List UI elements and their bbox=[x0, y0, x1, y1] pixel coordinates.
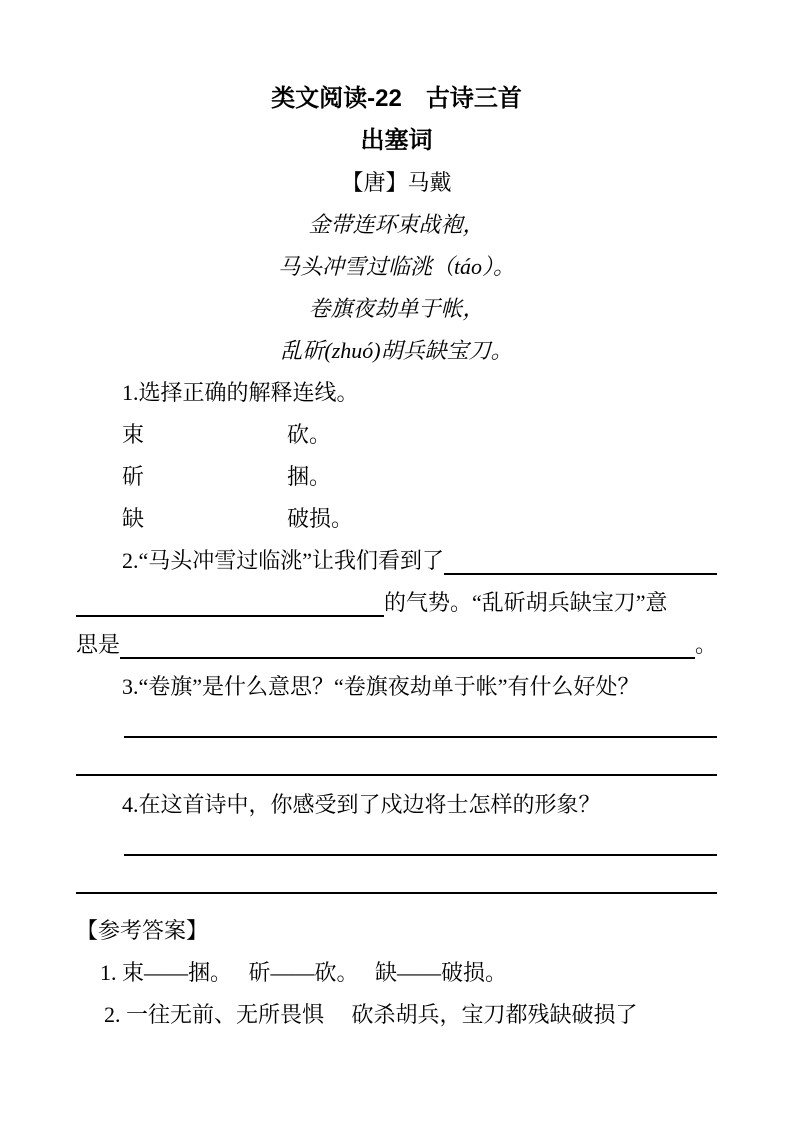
answer-line-row bbox=[76, 864, 717, 902]
answer-line-row bbox=[76, 708, 717, 746]
poem-line-1: 金带连环束战袍， bbox=[76, 204, 717, 246]
question-1-label: 1.选择正确的解释连线。 bbox=[76, 372, 717, 414]
answer-line-row bbox=[76, 826, 717, 864]
answer-writing-line bbox=[124, 708, 717, 738]
match-left-term: 束 bbox=[122, 414, 287, 456]
question-3-label: 3.“卷旗”是什么意思？“卷旗夜劫单于帐”有什么好处？ bbox=[76, 666, 717, 708]
question-2-text-part-2: 的气势。“乱斫胡兵缺宝刀”意 bbox=[384, 582, 668, 624]
match-pair-row: 斫捆。 bbox=[76, 456, 717, 498]
poem-line-2: 马头冲雪过临洮（táo）。 bbox=[76, 246, 717, 288]
question-2-text-part-4: 。 bbox=[695, 624, 717, 666]
match-right-definition: 破损。 bbox=[287, 506, 353, 531]
match-pair-row: 束砍。 bbox=[76, 414, 717, 456]
poem-line-4: 乱斫(zhuó)胡兵缺宝刀。 bbox=[76, 330, 717, 372]
question-2-line-3: 思是。 bbox=[76, 624, 717, 666]
reference-answer-item-2: 2. 一往无前、无所畏惧 砍杀胡兵，宝刀都残缺破损了 bbox=[76, 994, 717, 1036]
document-content: 类文阅读-22 古诗三首 出塞词 【唐】马戴 金带连环束战袍， 马头冲雪过临洮（… bbox=[0, 0, 793, 1036]
document-page: 类文阅读-22 古诗三首 出塞词 【唐】马戴 金带连环束战袍， 马头冲雪过临洮（… bbox=[0, 0, 793, 1122]
fill-in-blank-underline bbox=[120, 624, 695, 659]
match-pair-row: 缺破损。 bbox=[76, 498, 717, 540]
match-left-term: 缺 bbox=[122, 498, 287, 540]
match-left-term: 斫 bbox=[122, 456, 287, 498]
reference-answer-item-1: 1. 束——捆。 斫——砍。 缺——破损。 bbox=[76, 952, 717, 994]
poem-author: 【唐】马戴 bbox=[76, 162, 717, 204]
question-2-line-2: 的气势。“乱斫胡兵缺宝刀”意 bbox=[76, 582, 717, 624]
question-2-text-part-1: 2.“马头冲雪过临洮”让我们看到了 bbox=[122, 540, 444, 582]
question-2-line-1: 2.“马头冲雪过临洮”让我们看到了 bbox=[76, 540, 717, 582]
answer-writing-line bbox=[76, 746, 717, 776]
question-4-label: 4.在这首诗中，你感受到了戍边将士怎样的形象？ bbox=[76, 784, 717, 826]
poem-title: 出塞词 bbox=[76, 120, 717, 162]
answer-writing-line bbox=[76, 864, 717, 894]
match-right-definition: 捆。 bbox=[287, 464, 331, 489]
poem-line-3: 卷旗夜劫单于帐， bbox=[76, 288, 717, 330]
fill-in-blank-underline bbox=[76, 582, 384, 617]
question-2-text-part-3: 思是 bbox=[76, 624, 120, 666]
reference-answers-header: 【参考答案】 bbox=[76, 910, 717, 952]
page-title: 类文阅读-22 古诗三首 bbox=[76, 78, 717, 120]
answer-line-row bbox=[76, 746, 717, 784]
match-right-definition: 砍。 bbox=[287, 422, 331, 447]
answer-writing-line bbox=[124, 826, 717, 856]
fill-in-blank-underline bbox=[444, 540, 717, 575]
